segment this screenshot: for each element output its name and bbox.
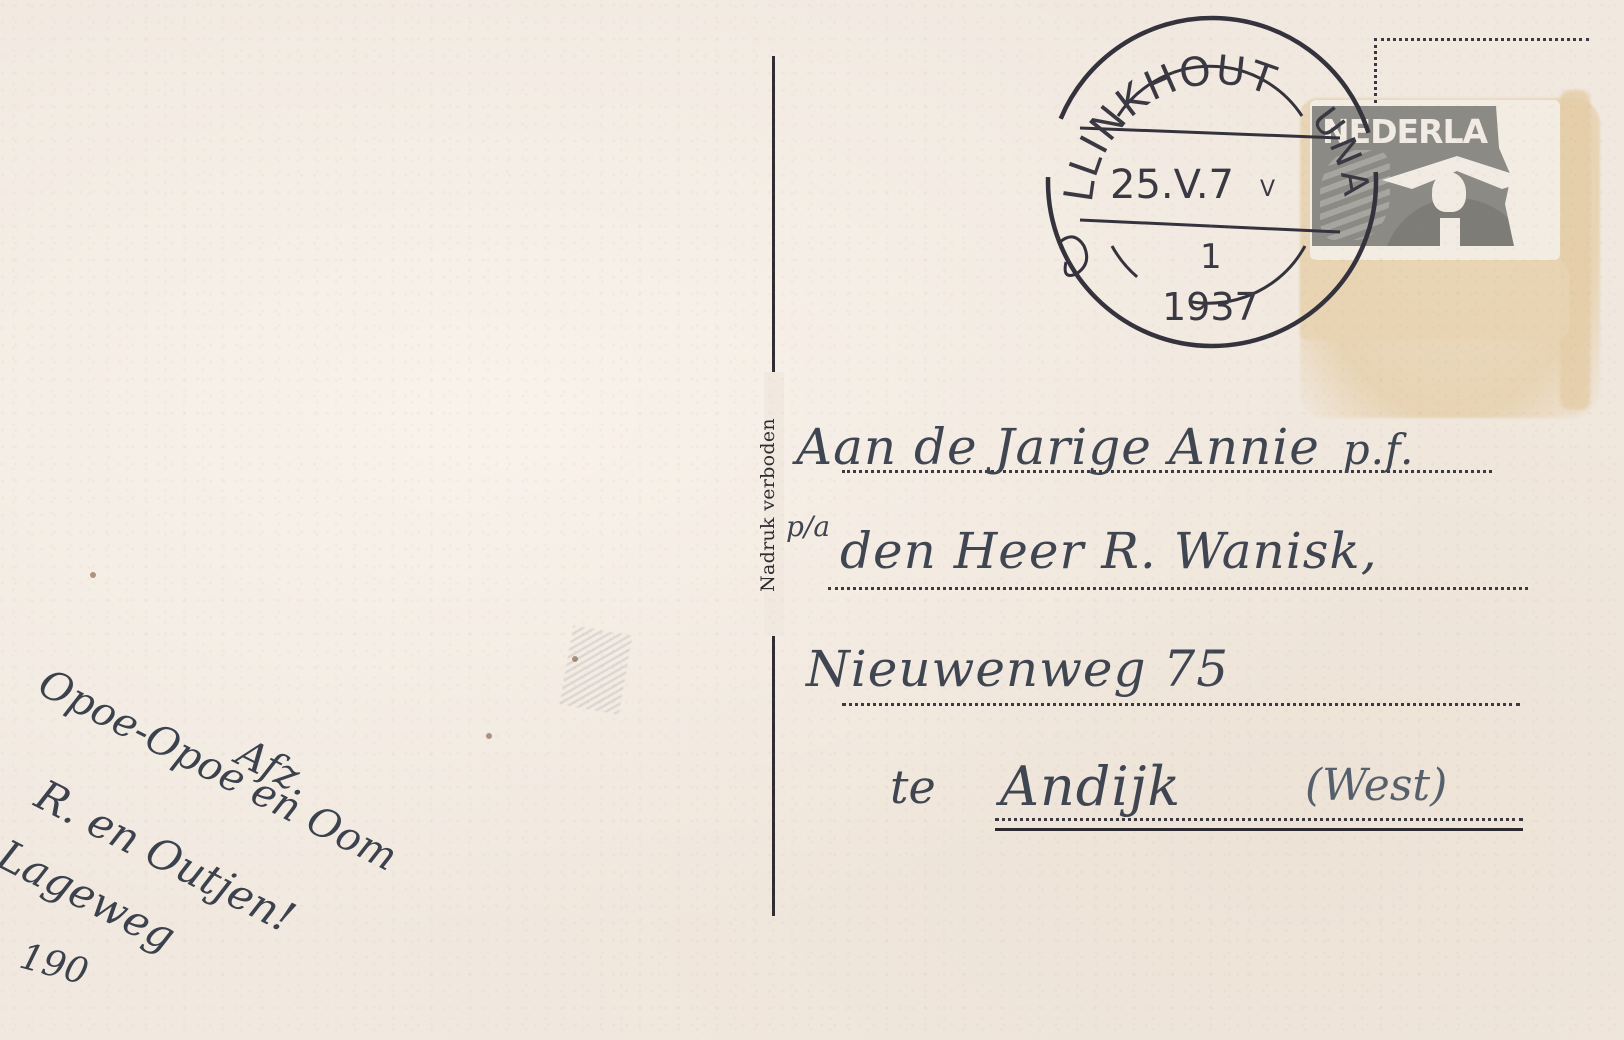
paper-speck <box>90 572 96 578</box>
stamp-placement-box <box>1374 38 1589 103</box>
address-pf-abbrev: p.f. <box>1343 425 1415 474</box>
address-line-4-rule <box>995 818 1523 821</box>
postcard-back: NEDERLA LLINKHOUT UNA 25.V.7 V 1 1937 Na… <box>0 0 1624 1040</box>
address-recipient: Aan de Jarige Annie p.f. <box>796 418 1414 476</box>
address-line-3-rule <box>842 703 1520 706</box>
address-line-4-underline <box>995 828 1523 831</box>
divider-caption: Nadruk verboden <box>757 418 779 592</box>
postmark-year: 1937 <box>1162 285 1259 329</box>
address-recipient-name: Aan de Jarige Annie <box>796 418 1320 476</box>
address-town-suffix: (West) <box>1305 760 1447 811</box>
message-line: Opoe-Opoe en Oom <box>31 660 404 881</box>
postmark-arc-suffix: UNA <box>1304 100 1377 202</box>
address-line-2-rule <box>828 587 1528 590</box>
stamp-dove-icon <box>1432 172 1466 212</box>
glue-stain-edge <box>1560 90 1590 410</box>
address-care-of-prefix: p/a <box>786 510 830 543</box>
address-town: Andijk <box>1000 755 1181 818</box>
postmark-cancellation: LLINKHOUT UNA 25.V.7 V 1 1937 <box>1040 10 1384 354</box>
postmark-line-number: 1 <box>1200 237 1222 277</box>
stamp-numeral-graphic <box>1440 218 1460 246</box>
message-line: 190 <box>15 936 92 993</box>
handwritten-message: Opoe-Opoe en Oom Afz. R. en Outjen! Lage… <box>0 0 760 1040</box>
address-care-of: den Heer R. Wanisk, <box>840 522 1378 580</box>
paper-speck <box>486 733 492 739</box>
address-street: Nieuwenweg 75 <box>806 640 1229 698</box>
address-town-prefix: te <box>890 760 936 814</box>
postmark-date: 25.V.7 <box>1110 162 1234 208</box>
postmark-time-suffix: V <box>1260 177 1275 202</box>
